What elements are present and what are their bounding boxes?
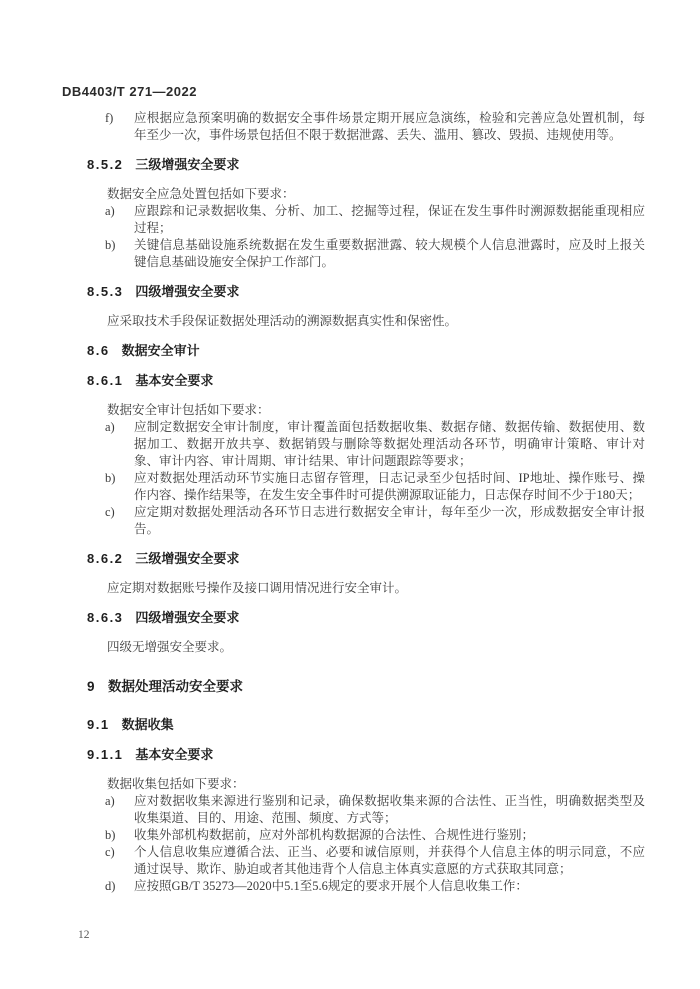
section-heading-9: 9数据处理活动安全要求 <box>87 678 645 696</box>
heading-number: 9.1.1 <box>87 746 123 764</box>
list-item-b: b)应对数据处理活动环节实施日志留存管理，日志记录至少包括时间、IP地址、操作账… <box>105 470 645 504</box>
section-heading-8-6-3: 8.6.3四级增强安全要求 <box>87 609 645 627</box>
paragraph: 四级无增强安全要求。 <box>107 639 645 656</box>
list-item-label: b) <box>105 237 134 271</box>
paragraph: 数据安全应急处置包括如下要求： <box>107 186 645 203</box>
heading-number: 8.6.1 <box>87 372 123 390</box>
heading-title: 三级增强安全要求 <box>135 550 239 568</box>
list-item-text: 应定期对数据处理活动各环节日志进行数据安全审计，每年至少一次，形成数据安全审计报… <box>134 504 645 538</box>
list-item-text: 个人信息收集应遵循合法、正当、必要和诚信原则，并获得个人信息主体的明示同意，不应… <box>134 844 645 878</box>
heading-title: 四级增强安全要求 <box>135 283 239 301</box>
list-item-text: 应对数据处理活动环节实施日志留存管理，日志记录至少包括时间、IP地址、操作账号、… <box>134 470 645 504</box>
list-item-text: 关键信息基础设施系统数据在发生重要数据泄露、较大规模个人信息泄露时，应及时上报关… <box>134 237 645 271</box>
list-item-b: b)收集外部机构数据前，应对外部机构数据源的合法性、合规性进行鉴别； <box>105 827 645 844</box>
heading-number: 8.6 <box>87 342 110 360</box>
heading-title: 数据收集 <box>122 716 174 734</box>
list-item-b: b)关键信息基础设施系统数据在发生重要数据泄露、较大规模个人信息泄露时，应及时上… <box>105 237 645 271</box>
section-heading-8-6: 8.6数据安全审计 <box>87 342 645 360</box>
list-item-label: a) <box>105 203 134 237</box>
list-item-c: c)应定期对数据处理活动各环节日志进行数据安全审计，每年至少一次，形成数据安全审… <box>105 504 645 538</box>
list-item-label: c) <box>105 504 134 538</box>
heading-title: 基本安全要求 <box>135 372 213 390</box>
list-item-text: 应按照GB/T 35273—2020中5.1至5.6规定的要求开展个人信息收集工… <box>134 878 645 895</box>
section-heading-9-1-1: 9.1.1基本安全要求 <box>87 746 645 764</box>
list-item-a: a)应对数据收集来源进行鉴别和记录，确保数据收集来源的合法性、正当性，明确数据类… <box>105 793 645 827</box>
heading-number: 8.6.2 <box>87 550 123 568</box>
list-item-label: b) <box>105 470 134 504</box>
heading-title: 数据安全审计 <box>122 342 200 360</box>
document-body: f)应根据应急预案明确的数据安全事件场景定期开展应急演练，检验和完善应急处置机制… <box>87 110 645 895</box>
heading-title: 数据处理活动安全要求 <box>108 678 243 696</box>
list-item-label: b) <box>105 827 134 844</box>
document-page: DB4403/T 271—2022 f)应根据应急预案明确的数据安全事件场景定期… <box>0 0 700 989</box>
list-item-text: 应跟踪和记录数据收集、分析、加工、挖掘等过程，保证在发生事件时溯源数据能重现相应… <box>134 203 645 237</box>
list-item-text: 应对数据收集来源进行鉴别和记录，确保数据收集来源的合法性、正当性，明确数据类型及… <box>134 793 645 827</box>
heading-number: 8.5.2 <box>87 156 123 174</box>
heading-number: 8.6.3 <box>87 609 123 627</box>
standard-number-header: DB4403/T 271—2022 <box>62 84 197 99</box>
section-heading-9-1: 9.1数据收集 <box>87 716 645 734</box>
section-heading-8-6-1: 8.6.1基本安全要求 <box>87 372 645 390</box>
page-number: 12 <box>78 929 90 941</box>
list-item-label: d) <box>105 878 134 895</box>
heading-number: 8.5.3 <box>87 283 123 301</box>
paragraph: 应定期对数据账号操作及接口调用情况进行安全审计。 <box>107 580 645 597</box>
paragraph: 应采取技术手段保证数据处理活动的溯源数据真实性和保密性。 <box>107 313 645 330</box>
list-item-text: 应根据应急预案明确的数据安全事件场景定期开展应急演练，检验和完善应急处置机制，每… <box>134 110 645 144</box>
heading-title: 四级增强安全要求 <box>135 609 239 627</box>
heading-title: 基本安全要求 <box>135 746 213 764</box>
list-item-a: a)应跟踪和记录数据收集、分析、加工、挖掘等过程，保证在发生事件时溯源数据能重现… <box>105 203 645 237</box>
list-item-label: a) <box>105 419 134 470</box>
list-item-label: a) <box>105 793 134 827</box>
list-item-text: 收集外部机构数据前，应对外部机构数据源的合法性、合规性进行鉴别； <box>134 827 645 844</box>
list-item-a: a)应制定数据安全审计制度，审计覆盖面包括数据收集、数据存储、数据传输、数据使用… <box>105 419 645 470</box>
list-item-text: 应制定数据安全审计制度，审计覆盖面包括数据收集、数据存储、数据传输、数据使用、数… <box>134 419 645 470</box>
heading-title: 三级增强安全要求 <box>135 156 239 174</box>
heading-number: 9 <box>87 678 96 696</box>
section-heading-8-5-2: 8.5.2三级增强安全要求 <box>87 156 645 174</box>
list-item-label: c) <box>105 844 134 878</box>
paragraph: 数据收集包括如下要求： <box>107 776 645 793</box>
section-heading-8-5-3: 8.5.3四级增强安全要求 <box>87 283 645 301</box>
heading-number: 9.1 <box>87 716 110 734</box>
list-item-f: f)应根据应急预案明确的数据安全事件场景定期开展应急演练，检验和完善应急处置机制… <box>105 110 645 144</box>
list-item-label: f) <box>105 110 134 144</box>
list-item-c: c)个人信息收集应遵循合法、正当、必要和诚信原则，并获得个人信息主体的明示同意，… <box>105 844 645 878</box>
section-heading-8-6-2: 8.6.2三级增强安全要求 <box>87 550 645 568</box>
list-item-d: d)应按照GB/T 35273—2020中5.1至5.6规定的要求开展个人信息收… <box>105 878 645 895</box>
paragraph: 数据安全审计包括如下要求： <box>107 402 645 419</box>
